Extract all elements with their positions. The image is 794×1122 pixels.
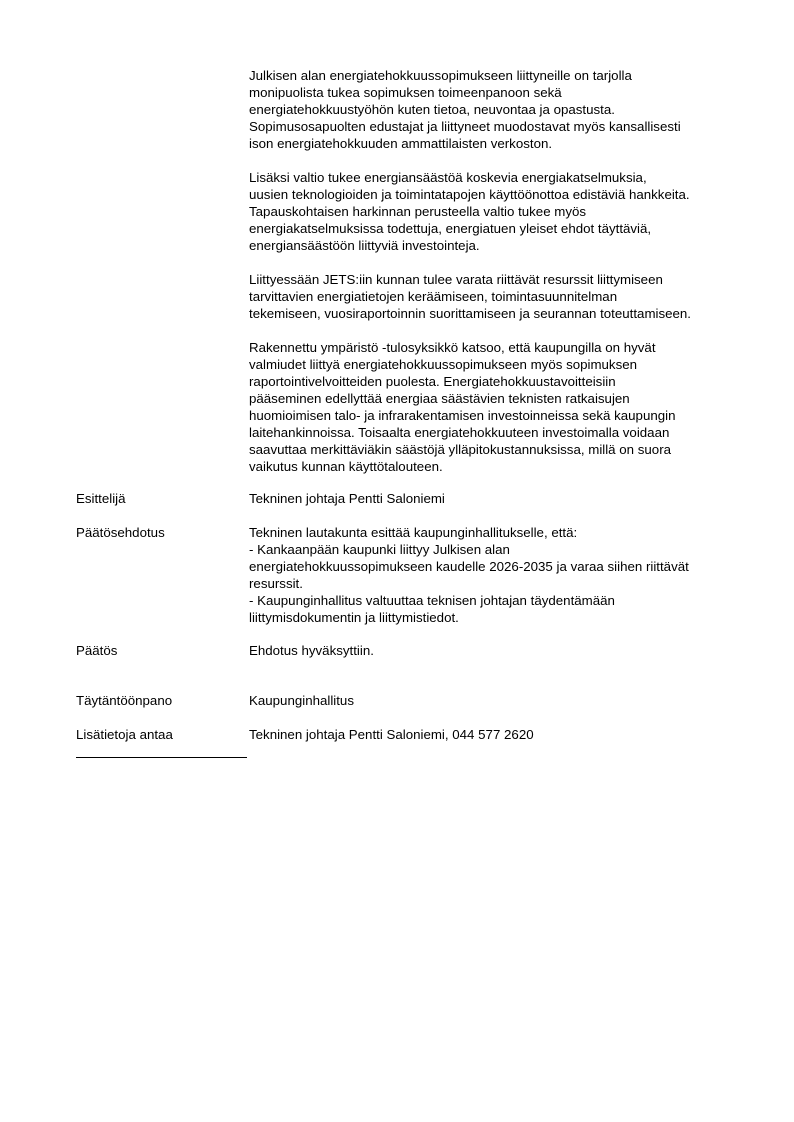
paragraph-text: Rakennettu ympäristö -tulosyksikkö katso… [249, 339, 749, 475]
field-label: Päätösehdotus [76, 524, 246, 541]
field-value: Tekninen johtaja Pentti Saloniemi [249, 490, 749, 507]
paragraph-assessment: Rakennettu ympäristö -tulosyksikkö katso… [249, 339, 749, 475]
field-label: Lisätietoja antaa [76, 726, 246, 743]
paragraph-resources: Liittyessään JETS:iin kunnan tulee varat… [249, 271, 749, 322]
field-value: Tekninen johtaja Pentti Saloniemi, 044 5… [249, 726, 749, 743]
field-value: Ehdotus hyväksyttiin. [249, 642, 749, 659]
section-divider [76, 757, 247, 758]
paragraph-text: Julkisen alan energiatehokkuussopimuksee… [249, 67, 749, 152]
paragraph-state-aid: Lisäksi valtio tukee energiansäästöä kos… [249, 169, 749, 254]
paragraph-text: Lisäksi valtio tukee energiansäästöä kos… [249, 169, 749, 254]
field-label: Täytäntöönpano [76, 692, 246, 709]
field-value: Tekninen lautakunta esittää kaupunginhal… [249, 524, 749, 626]
field-label: Päätös [76, 642, 246, 659]
paragraph-text: Liittyessään JETS:iin kunnan tulee varat… [249, 271, 749, 322]
field-value: Kaupunginhallitus [249, 692, 749, 709]
document-page: Julkisen alan energiatehokkuussopimuksee… [0, 0, 794, 1122]
field-label: Esittelijä [76, 490, 246, 507]
paragraph-support: Julkisen alan energiatehokkuussopimuksee… [249, 67, 749, 152]
